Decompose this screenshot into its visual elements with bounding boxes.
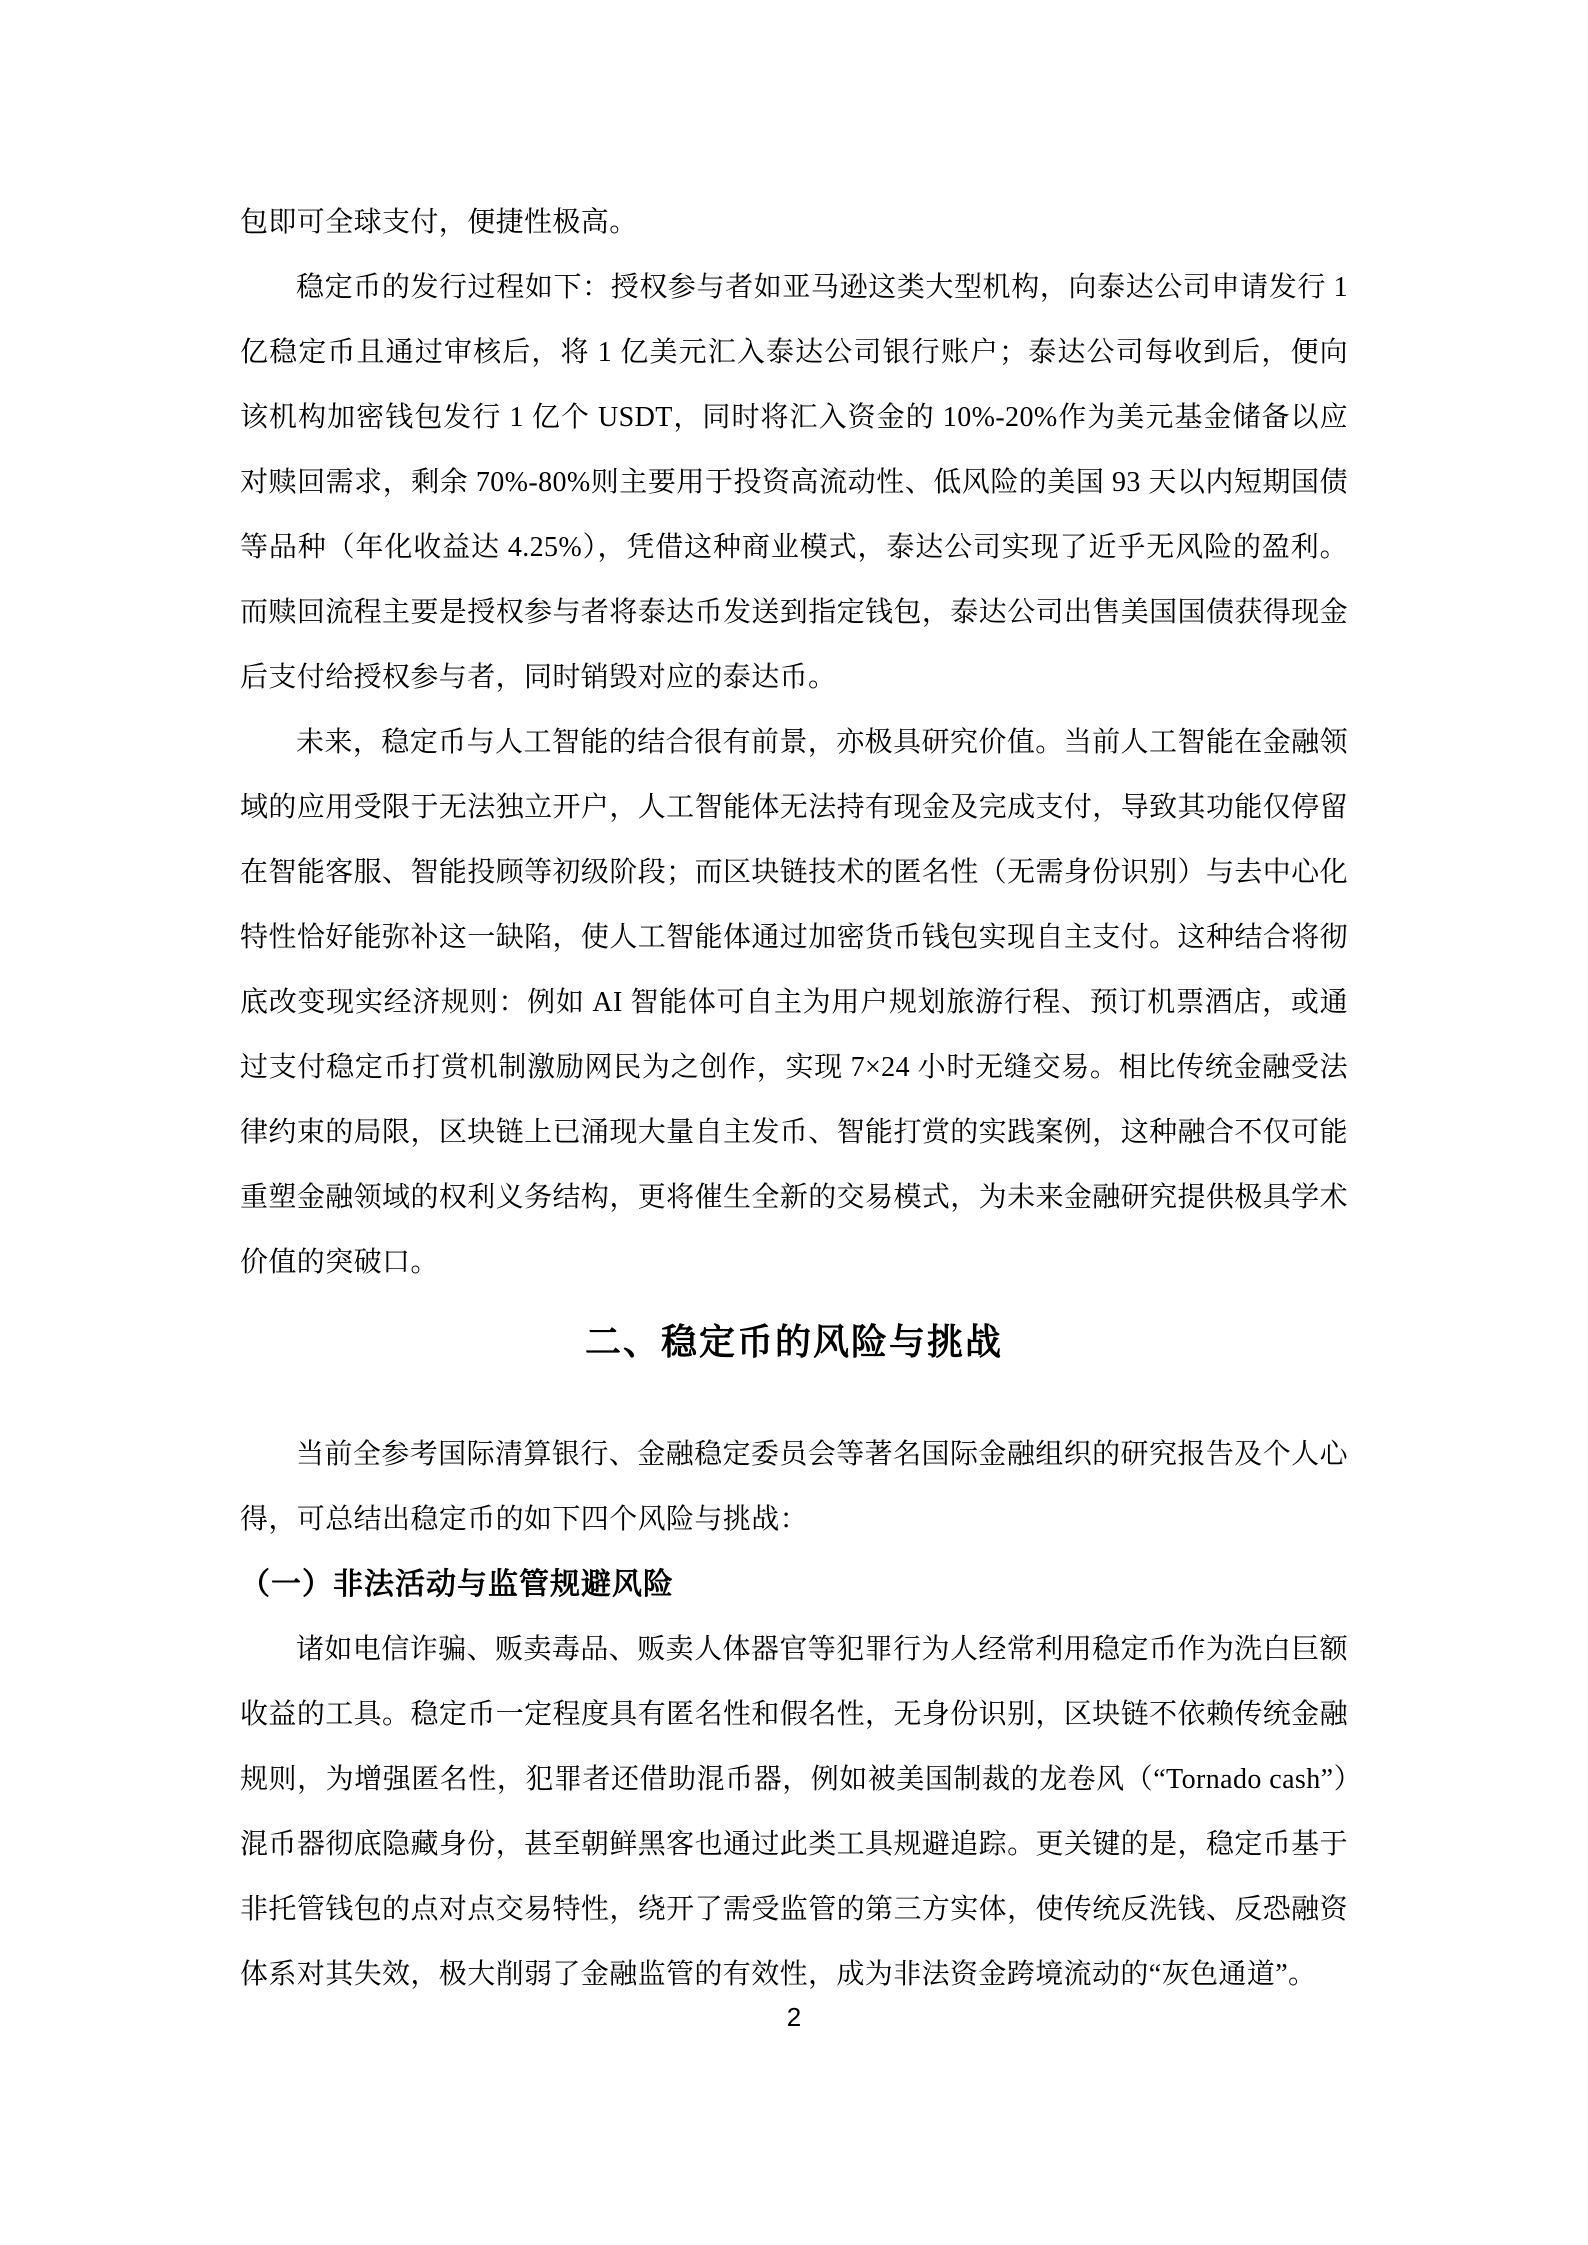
paragraph-ai-future: 未来，稳定币与人工智能的结合很有前景，亦极具研究价值。当前人工智能在金融领域的应… <box>240 710 1348 1295</box>
section-heading-risks-and-challenges: 二、稳定币的风险与挑战 <box>240 1309 1348 1374</box>
page-number: 2 <box>0 2000 1588 2034</box>
paragraph-risks-intro: 当前全参考国际清算银行、金融稳定委员会等著名国际金融组织的研究报告及个人心得，可… <box>240 1422 1348 1552</box>
paragraph-issuance-process: 稳定币的发行过程如下：授权参与者如亚马逊这类大型机构，向泰达公司申请发行 1 亿… <box>240 255 1348 710</box>
paragraph-continuation: 包即可全球支付，便捷性极高。 <box>240 190 1348 255</box>
subsection-heading-illegal-activity-risk: （一）非法活动与监管规避风险 <box>240 1552 1348 1617</box>
document-text-area: 包即可全球支付，便捷性极高。 稳定币的发行过程如下：授权参与者如亚马逊这类大型机… <box>240 190 1348 2007</box>
document-page: 包即可全球支付，便捷性极高。 稳定币的发行过程如下：授权参与者如亚马逊这类大型机… <box>0 0 1588 2245</box>
paragraph-illegal-activity-risk: 诸如电信诈骗、贩卖毒品、贩卖人体器官等犯罪行为人经常利用稳定币作为洗白巨额收益的… <box>240 1617 1348 2007</box>
